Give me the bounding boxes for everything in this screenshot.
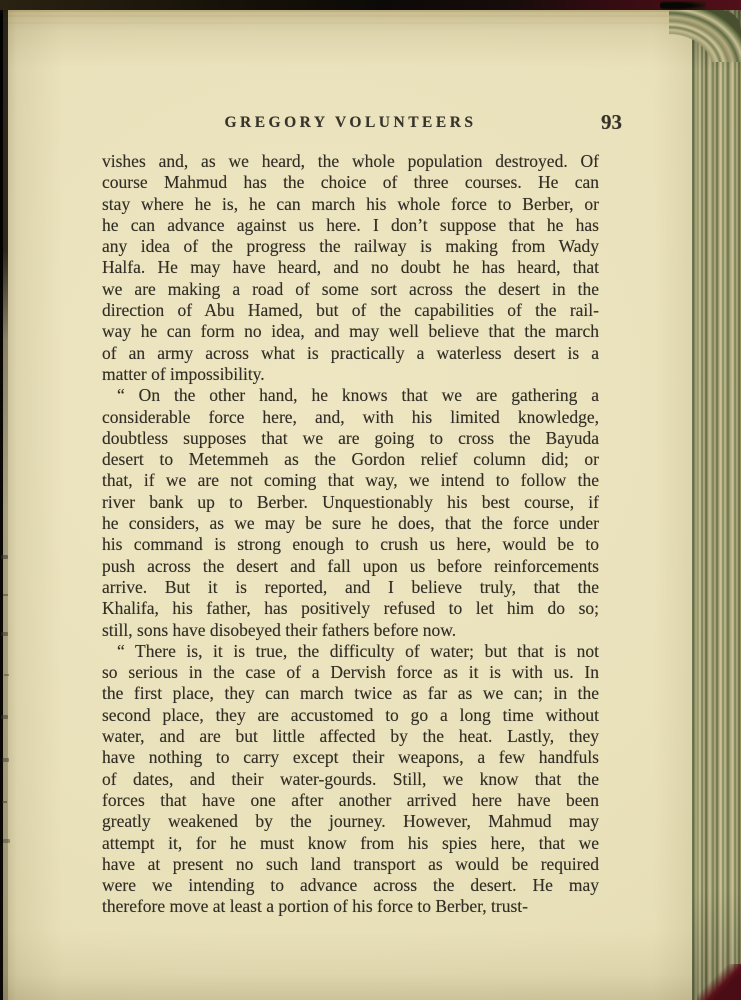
gutter-shadow bbox=[0, 10, 8, 1000]
paper-page: GREGORY VOLUNTEERS 93 vishes and, as we … bbox=[3, 10, 693, 1000]
text-line: therefore move at least a portion of his… bbox=[102, 896, 599, 917]
text-line: his command is strong enough to crush us… bbox=[102, 534, 599, 555]
page-number: 93 bbox=[601, 110, 622, 135]
scanned-book-page: GREGORY VOLUNTEERS 93 vishes and, as we … bbox=[0, 0, 741, 1000]
text-line: push across the desert and fall upon us … bbox=[102, 556, 599, 577]
text-line: have nothing to carry except their weapo… bbox=[102, 747, 599, 768]
header-title: GREGORY VOLUNTEERS bbox=[102, 114, 599, 132]
paragraph: vishes and, as we heard, the whole popul… bbox=[102, 151, 599, 385]
cover-bottom-corner bbox=[697, 964, 741, 1000]
text-line: desert to Metemmeh as the Gordon relief … bbox=[102, 449, 599, 470]
text-line: of an army across what is practically a … bbox=[102, 343, 599, 364]
text-line: so serious in the case of a Dervish forc… bbox=[102, 662, 599, 683]
text-line: vishes and, as we heard, the whole popul… bbox=[102, 151, 599, 172]
text-line: still, sons have disobeyed their fathers… bbox=[102, 620, 599, 641]
text-line: greatly weakened by the journey. However… bbox=[102, 811, 599, 832]
text-line: doubtless supposes that we are going to … bbox=[102, 428, 599, 449]
text-line: course Mahmud has the choice of three co… bbox=[102, 172, 599, 193]
text-line: matter of impossibility. bbox=[102, 364, 599, 385]
text-line: attempt it, for he must know from his sp… bbox=[102, 833, 599, 854]
text-line: water, and are but little affected by th… bbox=[102, 726, 599, 747]
text-line: “ On the other hand, he knows that we ar… bbox=[102, 385, 599, 406]
text-line: forces that have one after another arriv… bbox=[102, 790, 599, 811]
text-line: direction of Abu Hamed, but of the capab… bbox=[102, 300, 599, 321]
text-line: Khalifa, his father, has positively refu… bbox=[102, 598, 599, 619]
page-stack-top-corner bbox=[669, 10, 741, 62]
text-line: Halfa. He may have heard, and no doubt h… bbox=[102, 257, 599, 278]
cover-corner-hardware bbox=[660, 1, 706, 10]
text-line: second place, they are accustomed to go … bbox=[102, 705, 599, 726]
text-line: he can advance against us here. I don’t … bbox=[102, 215, 599, 236]
page-body: vishes and, as we heard, the whole popul… bbox=[102, 151, 599, 918]
paragraph: “ On the other hand, he knows that we ar… bbox=[102, 385, 599, 641]
text-line: of dates, and their water-gourds. Still,… bbox=[102, 769, 599, 790]
facing-page-text-fragments bbox=[1, 555, 8, 559]
text-line: we are making a road of some sort across… bbox=[102, 279, 599, 300]
text-line: river bank up to Berber. Unquestionably … bbox=[102, 492, 599, 513]
text-line: the first place, they can march twice as… bbox=[102, 683, 599, 704]
running-header: GREGORY VOLUNTEERS 93 bbox=[102, 114, 622, 138]
text-line: arrive. But it is reported, and I believ… bbox=[102, 577, 599, 598]
text-line: have at present no such land transport a… bbox=[102, 854, 599, 875]
fore-edge-shading bbox=[692, 10, 741, 1000]
text-line: way he can form no idea, and may well be… bbox=[102, 321, 599, 342]
text-line: that, if we are not coming that way, we … bbox=[102, 470, 599, 491]
text-line: considerable force here, and, with his l… bbox=[102, 407, 599, 428]
text-line: stay where he is, he can march his whole… bbox=[102, 194, 599, 215]
text-line: “ There is, it is true, the difficulty o… bbox=[102, 641, 599, 662]
stacked-page-edges-top bbox=[3, 10, 693, 44]
text-line: any idea of the progress the railway is … bbox=[102, 236, 599, 257]
text-line: he considers, as we may be sure he does,… bbox=[102, 513, 599, 534]
text-line: were we intending to advance across the … bbox=[102, 875, 599, 896]
paragraph: “ There is, it is true, the difficulty o… bbox=[102, 641, 599, 918]
